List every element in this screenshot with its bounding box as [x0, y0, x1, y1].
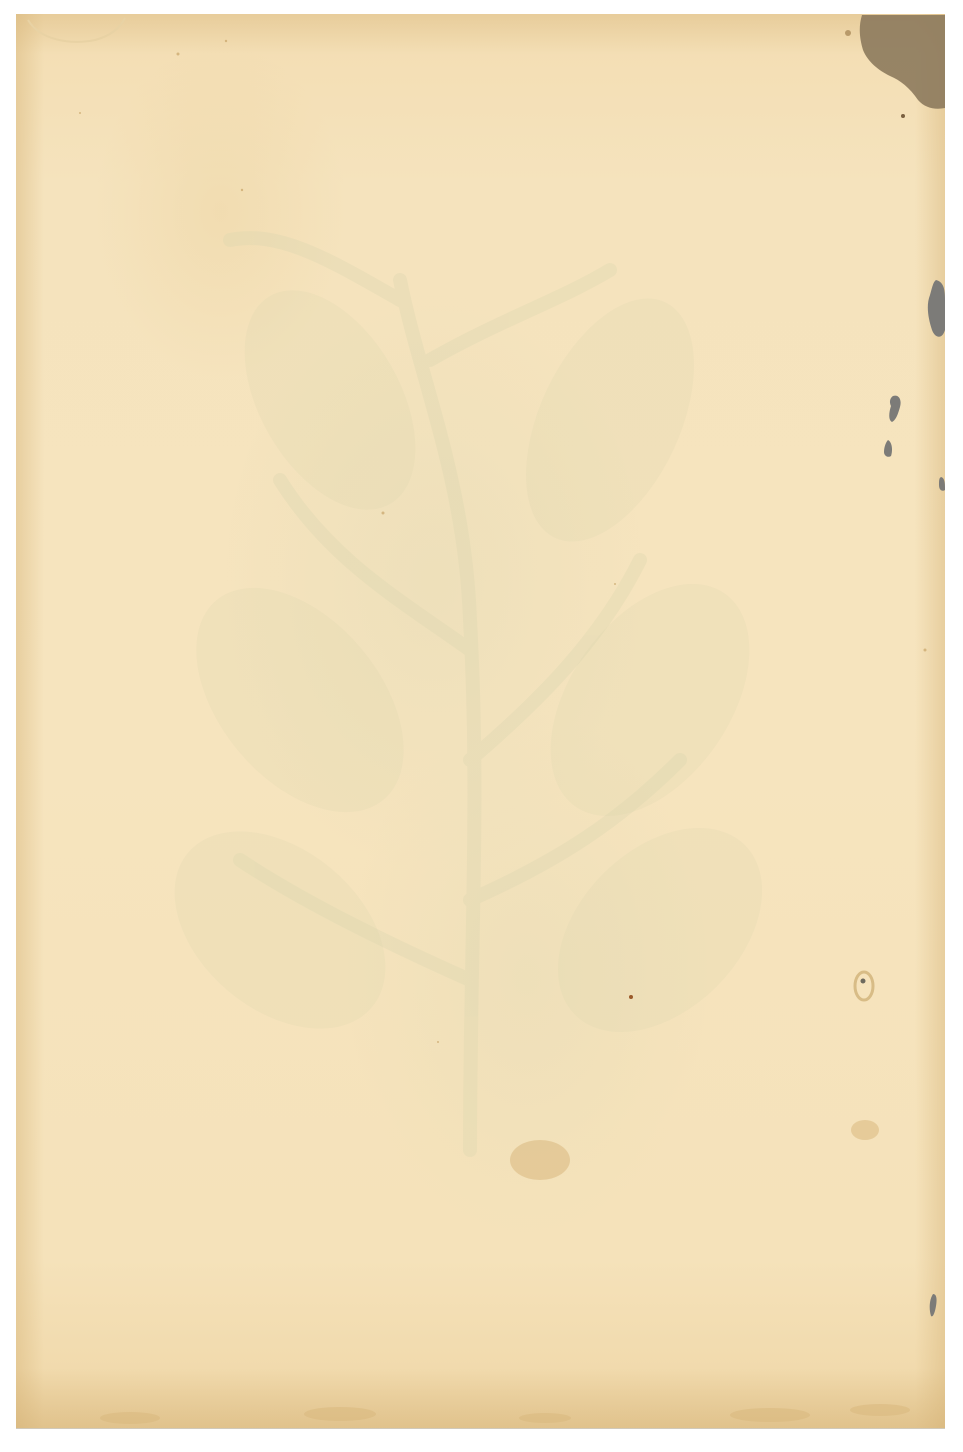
left-edge-foxing [16, 14, 44, 1428]
bottom-edge-foxing [16, 1368, 945, 1428]
paper-sheet [16, 14, 945, 1428]
right-edge-foxing [915, 14, 945, 1428]
top-edge-foxing [16, 14, 945, 54]
